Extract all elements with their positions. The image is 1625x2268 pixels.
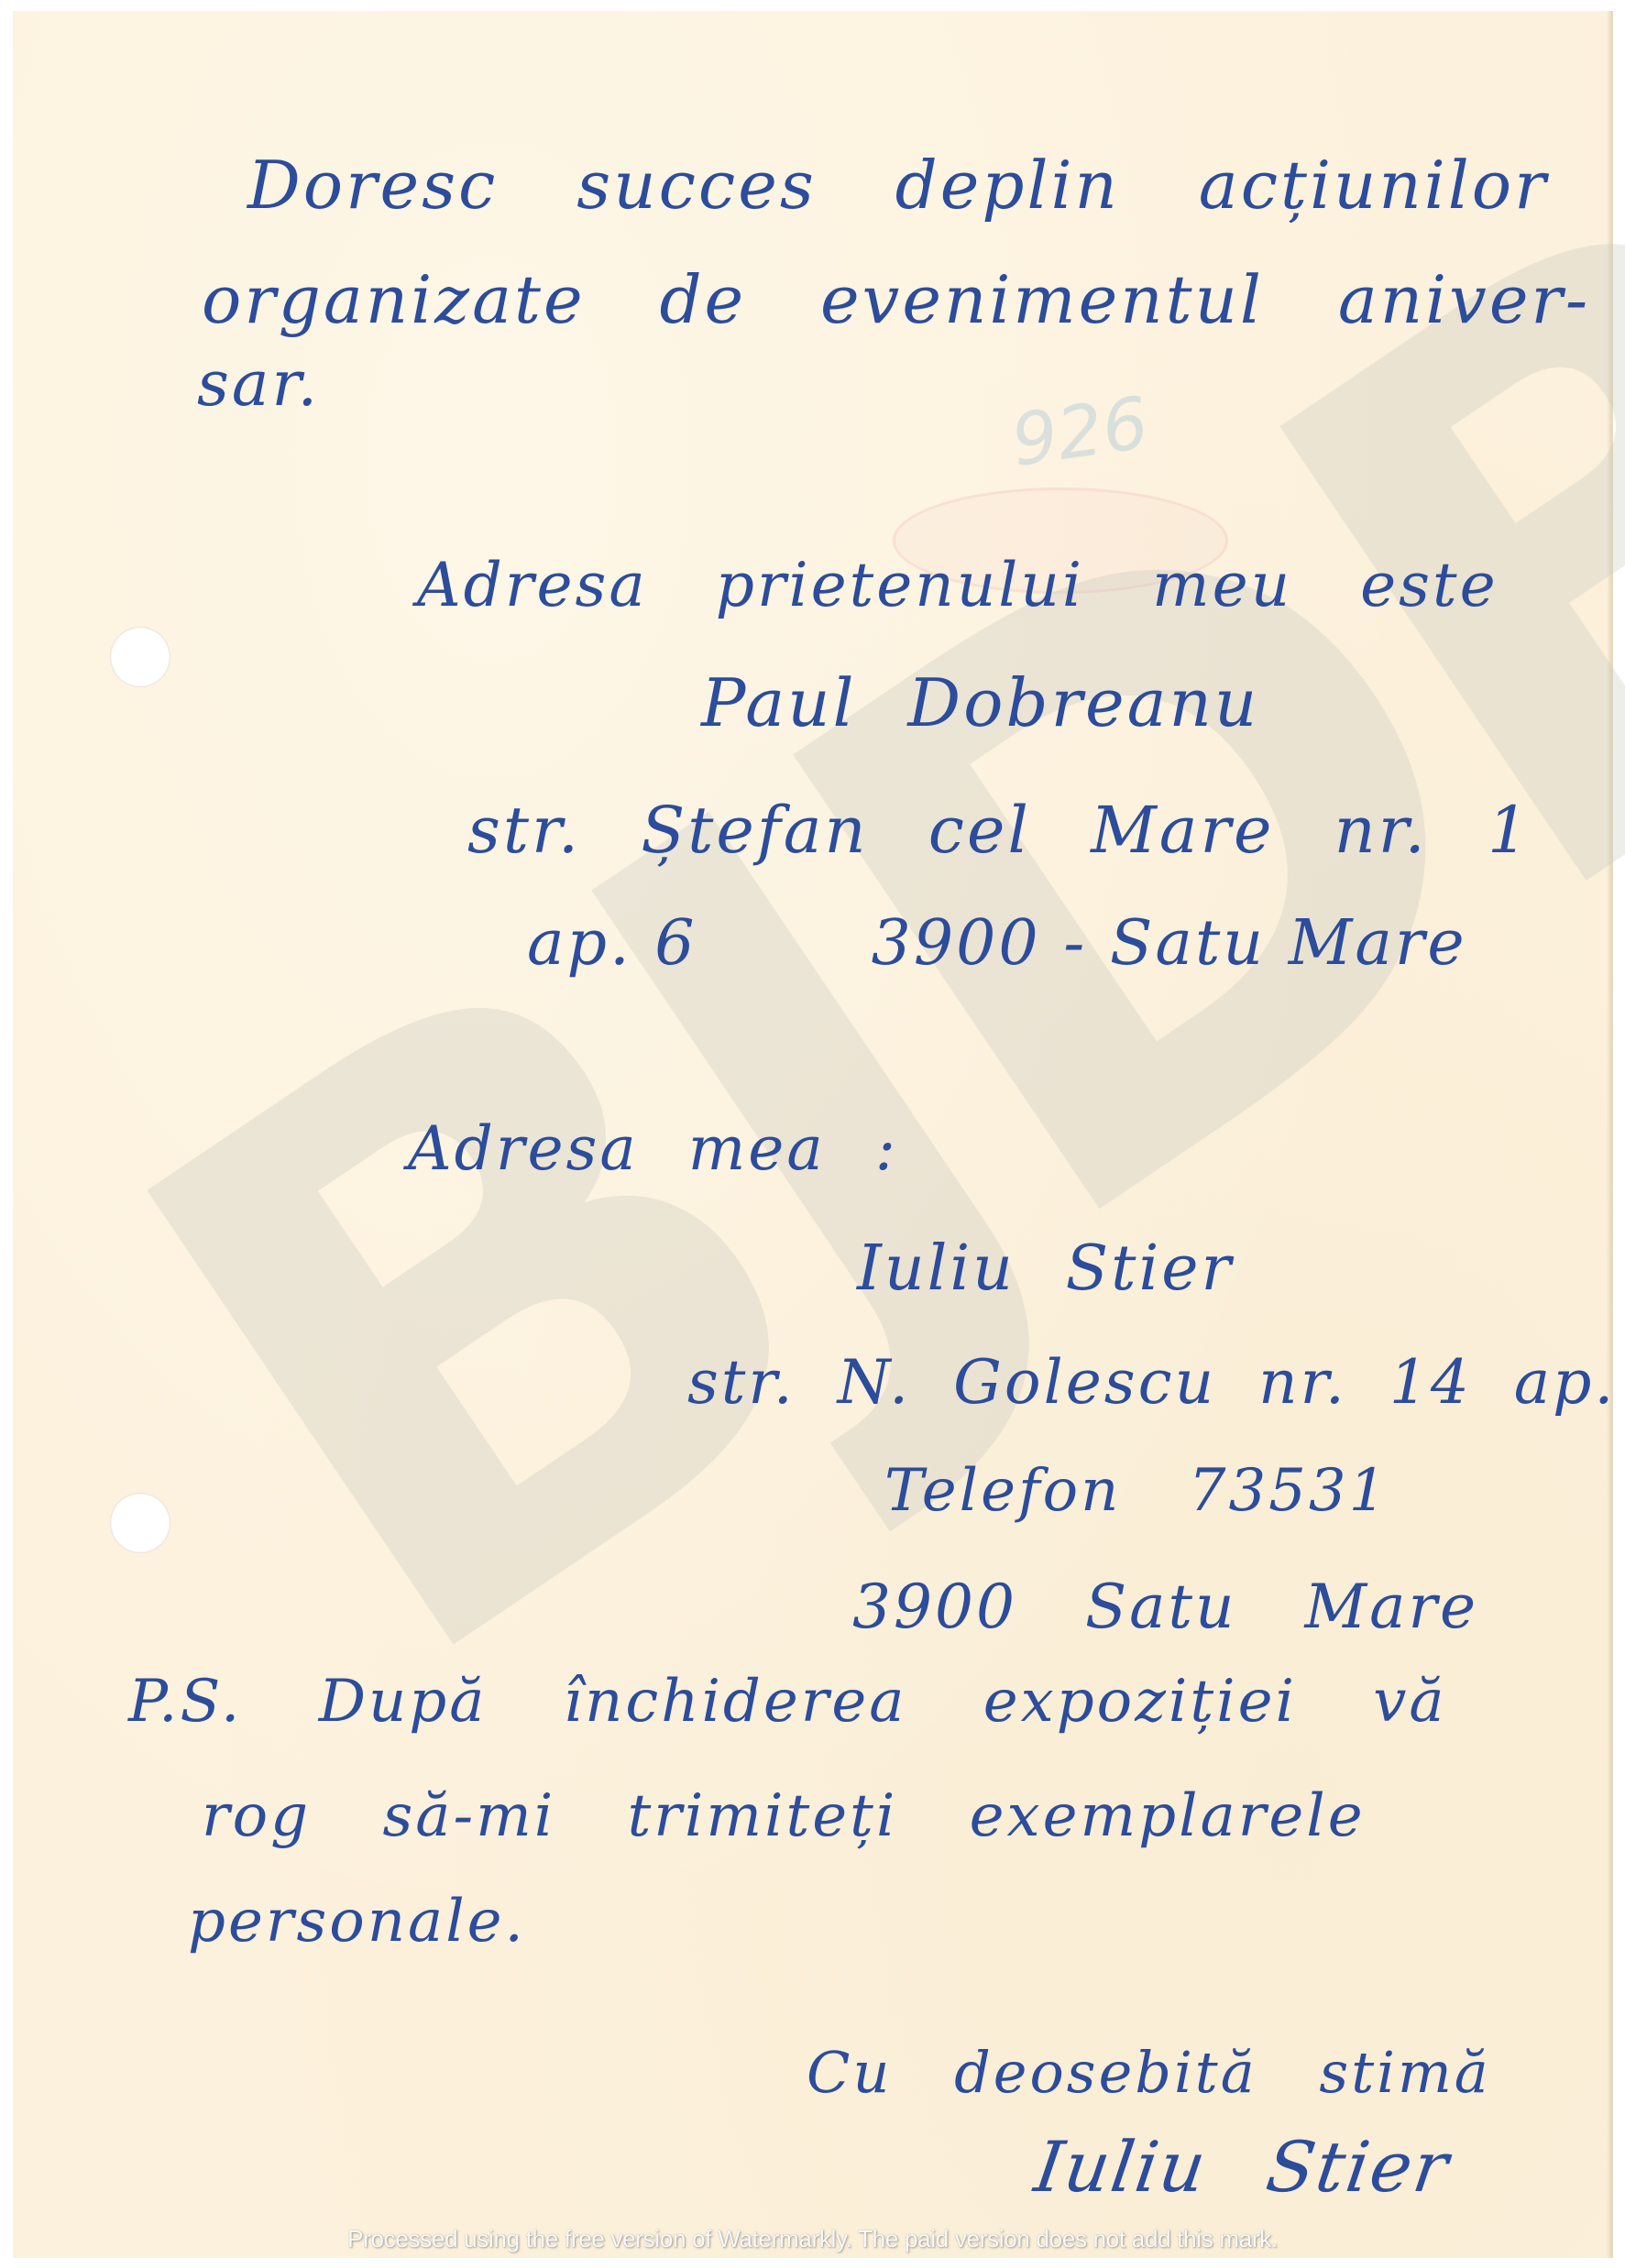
postscript-line-2: rog să-mi trimiteți exemplarele — [202, 1782, 1366, 1850]
own-address-intro: Adresa mea : — [408, 1113, 898, 1184]
friend-apartment: ap. 6 — [527, 907, 697, 980]
closing-salutation: Cu deosebită stimă — [807, 2039, 1491, 2106]
punch-hole-icon — [110, 627, 170, 687]
bleed-through-text — [1094, 48, 1571, 84]
processing-watermark-notice: Processed using the free version of Wate… — [0, 2225, 1625, 2253]
body-line-2: organizate de evenimentul aniver- — [202, 261, 1590, 338]
bleed-through-number: 926 — [1006, 382, 1153, 483]
body-line-1: Doresc succes deplin acțiunilor — [247, 147, 1549, 224]
punch-hole-icon — [110, 1493, 170, 1553]
friend-address-intro: Adresa prietenului meu este — [417, 550, 1499, 620]
friend-postal-city: 3900 - Satu Mare — [872, 907, 1467, 980]
postscript-line-3: personale. — [188, 1888, 526, 1956]
body-line-3: sar. — [197, 348, 320, 421]
own-name: Iuliu Stier — [857, 1233, 1234, 1305]
signature: Iuliu Stier — [1030, 2126, 1455, 2208]
postscript-line-1: P.S. După închiderea expoziției vă — [128, 1668, 1447, 1736]
own-street: str. N. Golescu nr. 14 ap. 22 — [687, 1347, 1625, 1418]
own-phone: Telefon 73531 — [884, 1457, 1389, 1525]
friend-name: Paul Dobreanu — [701, 664, 1259, 741]
friend-street: str. Ștefan cel Mare nr. 1 — [467, 793, 1532, 868]
own-postal-city: 3900 Satu Mare — [852, 1572, 1478, 1642]
friend-apartment-city: ap. 63900 - Satu Mare — [527, 907, 1467, 980]
page-edge-shadow — [1607, 11, 1612, 2258]
